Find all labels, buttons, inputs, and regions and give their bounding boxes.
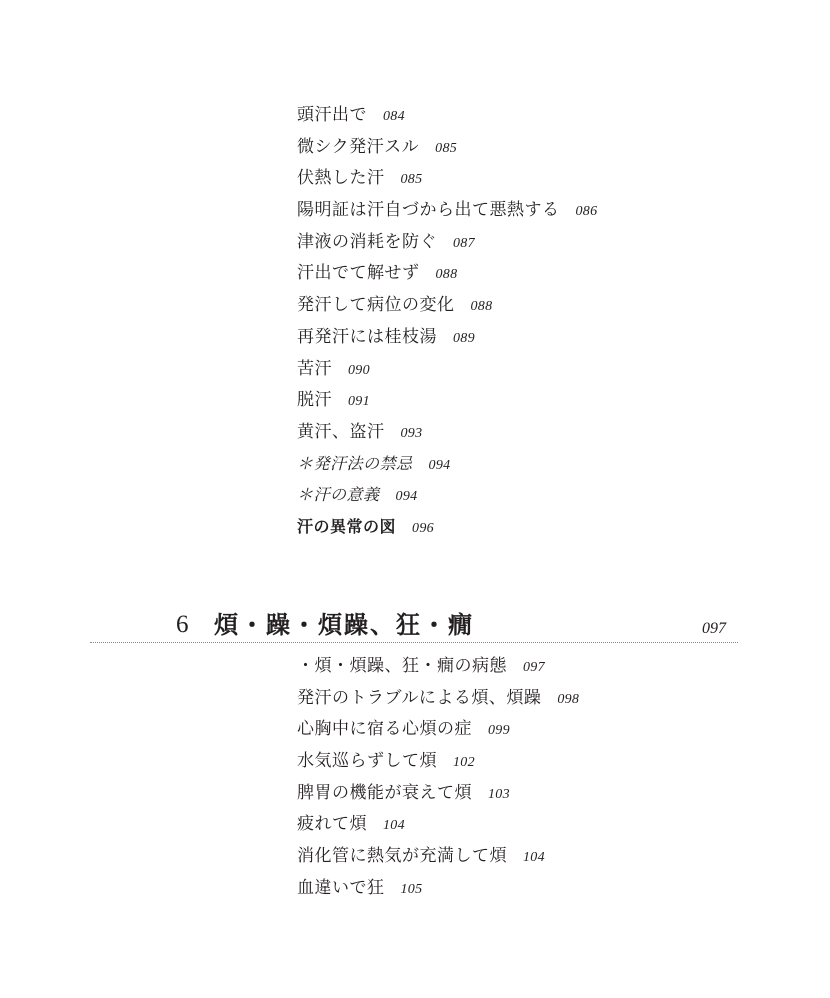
toc-entry-title: 発汗して病位の変化 xyxy=(297,295,455,315)
toc-entry-note[interactable]: ＊汗の意義094 xyxy=(297,482,597,514)
toc-entry-page: 084 xyxy=(383,109,405,124)
toc-entry-figure[interactable]: 汗の異常の図096 xyxy=(297,514,597,546)
toc-entry[interactable]: 血違いで狂105 xyxy=(297,875,579,907)
toc-entry-title: 脱汗 xyxy=(297,390,332,410)
toc-entry-note[interactable]: ＊発汗法の禁忌094 xyxy=(297,451,597,483)
toc-entry-title: ＊発汗法の禁忌 xyxy=(297,454,413,473)
chapter-title: 煩・躁・煩躁、狂・癇 xyxy=(214,610,474,640)
toc-entry[interactable]: 汗出でて解せず088 xyxy=(297,260,597,292)
toc-entry-page: 086 xyxy=(576,204,598,219)
toc-entry-page: 098 xyxy=(557,692,579,707)
toc-entry[interactable]: ・煩・煩躁、狂・癇の病態097 xyxy=(297,653,579,685)
toc-entry-page: 088 xyxy=(471,299,493,314)
toc-entry-title: 汗の異常の図 xyxy=(297,517,396,536)
toc-entry-page: 103 xyxy=(488,787,510,802)
toc-entry[interactable]: 心胸中に宿る心煩の症099 xyxy=(297,716,579,748)
toc-entry[interactable]: 消化管に熱気が充満して煩104 xyxy=(297,843,579,875)
toc-entry-title: 黄汗、盗汗 xyxy=(297,422,385,442)
toc-entry[interactable]: 発汗のトラブルによる煩、煩躁098 xyxy=(297,685,579,717)
toc-entry[interactable]: 疲れて煩104 xyxy=(297,811,579,843)
toc-entry-page: 105 xyxy=(401,882,423,897)
toc-entry-page: 091 xyxy=(348,394,370,409)
toc-entry-page: 094 xyxy=(396,489,418,504)
toc-entry-title: 疲れて煩 xyxy=(297,814,367,834)
toc-entry-title: ＊汗の意義 xyxy=(297,485,380,504)
toc-entry[interactable]: 陽明証は汗自づから出て悪熱する086 xyxy=(297,197,597,229)
toc-entry-page: 089 xyxy=(453,331,475,346)
toc-entry-page: 088 xyxy=(436,267,458,282)
toc-entry[interactable]: 水気巡らずして煩102 xyxy=(297,748,579,780)
toc-entry[interactable]: 脾胃の機能が衰えて煩103 xyxy=(297,780,579,812)
toc-entry[interactable]: 脱汗091 xyxy=(297,387,597,419)
toc-entry-title: 汗出でて解せず xyxy=(297,263,420,283)
toc-entry-page: 087 xyxy=(453,236,475,251)
toc-entry-title: 脾胃の機能が衰えて煩 xyxy=(297,783,472,803)
toc-entry-page: 085 xyxy=(435,141,457,156)
toc-entry[interactable]: 発汗して病位の変化088 xyxy=(297,292,597,324)
toc-entry-page: 099 xyxy=(488,723,510,738)
toc-entry-title: 陽明証は汗自づから出て悪熱する xyxy=(297,200,560,220)
chapter-page-number: 097 xyxy=(702,618,726,640)
toc-entry-page: 104 xyxy=(523,850,545,865)
toc-entry-title: 再発汗には桂枝湯 xyxy=(297,327,437,347)
toc-entry-title: 消化管に熱気が充満して煩 xyxy=(297,846,507,866)
toc-entry[interactable]: 微シク発汗スル085 xyxy=(297,134,597,166)
toc-entry-title: ・煩・煩躁、狂・癇の病態 xyxy=(297,656,507,676)
toc-entry-title: 頭汗出で xyxy=(297,105,367,125)
toc-entry-title: 心胸中に宿る心煩の症 xyxy=(297,719,472,739)
chapter-heading[interactable]: 6 煩・躁・煩躁、狂・癇 097 xyxy=(90,610,738,643)
toc-entry-title: 伏熱した汗 xyxy=(297,168,385,188)
toc-entry-title: 血違いで狂 xyxy=(297,878,385,898)
toc-section-irritability: ・煩・煩躁、狂・癇の病態097 発汗のトラブルによる煩、煩躁098 心胸中に宿る… xyxy=(297,653,579,907)
toc-entry-title: 津液の消耗を防ぐ xyxy=(297,232,437,252)
toc-entry-page: 096 xyxy=(412,521,434,536)
toc-entry[interactable]: 再発汗には桂枝湯089 xyxy=(297,324,597,356)
toc-entry-title: 水気巡らずして煩 xyxy=(297,751,437,771)
toc-entry-page: 093 xyxy=(401,426,423,441)
toc-entry-title: 発汗のトラブルによる煩、煩躁 xyxy=(297,688,541,708)
toc-entry[interactable]: 黄汗、盗汗093 xyxy=(297,419,597,451)
toc-entry-page: 102 xyxy=(453,755,475,770)
toc-entry-page: 104 xyxy=(383,818,405,833)
toc-section-sweat: 頭汗出で084 微シク発汗スル085 伏熱した汗085 陽明証は汗自づから出て悪… xyxy=(297,102,597,546)
toc-entry-page: 085 xyxy=(401,172,423,187)
chapter-number: 6 xyxy=(176,610,189,640)
toc-entry-page: 094 xyxy=(429,458,451,473)
toc-entry[interactable]: 津液の消耗を防ぐ087 xyxy=(297,229,597,261)
toc-entry-title: 苦汗 xyxy=(297,359,332,379)
toc-entry-page: 090 xyxy=(348,363,370,378)
toc-entry-page: 097 xyxy=(523,660,545,675)
toc-entry[interactable]: 伏熱した汗085 xyxy=(297,165,597,197)
toc-entry[interactable]: 苦汗090 xyxy=(297,356,597,388)
toc-entry-title: 微シク発汗スル xyxy=(297,137,419,157)
toc-entry[interactable]: 頭汗出で084 xyxy=(297,102,597,134)
